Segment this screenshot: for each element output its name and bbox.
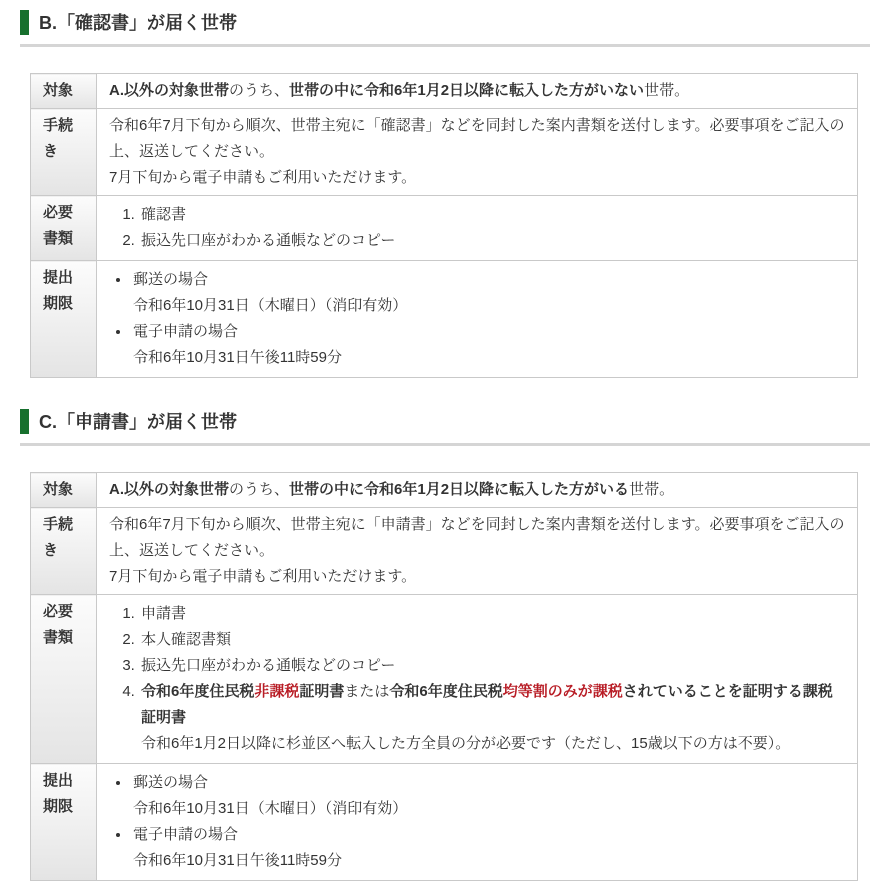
row-header-cell: 提出期限: [31, 764, 97, 881]
deadline-method: 郵送の場合: [133, 770, 845, 796]
info-table: 対象 A.以外の対象世帯のうち、世帯の中に令和6年1月2日以降に転入した方がいる…: [30, 472, 858, 881]
text-segment: A.以外の対象世帯: [109, 481, 229, 498]
row-content-cell: A.以外の対象世帯のうち、世帯の中に令和6年1月2日以降に転入した方がいる世帯。: [97, 473, 858, 508]
heading-accent-bar-icon: [20, 10, 29, 35]
deadline-list: 郵送の場合 令和6年10月31日（木曜日）（消印有効） 電子申請の場合 令和6年…: [109, 267, 845, 371]
deadline-list: 郵送の場合 令和6年10月31日（木曜日）（消印有効） 電子申請の場合 令和6年…: [109, 770, 845, 874]
list-item: 申請書: [139, 601, 845, 627]
required-documents-list: 申請書 本人確認書類 振込先口座がわかる通帳などのコピー 令和6年度住民税非課税…: [109, 601, 845, 757]
tax-certificate-note: 令和6年1月2日以降に杉並区へ転入した方全員の分が必要です（ただし、15歳以下の…: [141, 731, 845, 757]
text-segment: 世帯の中に令和6年1月2日以降に転入した方がいる: [289, 481, 629, 498]
section-c: C.「申請書」が届く世帯 対象 A.以外の対象世帯のうち、世帯の中に令和6年1月…: [20, 405, 870, 881]
subject-text: A.以外の対象世帯のうち、世帯の中に令和6年1月2日以降に転入した方がいる世帯。: [109, 477, 845, 503]
required-documents-list: 確認書 振込先口座がわかる通帳などのコピー: [109, 202, 845, 254]
table-row-procedure: 手続き 令和6年7月下旬から順次、世帯主宛に「確認書」などを同封した案内書類を送…: [31, 109, 858, 196]
row-content-cell: 郵送の場合 令和6年10月31日（木曜日）（消印有効） 電子申請の場合 令和6年…: [97, 261, 858, 378]
section-heading: C.「申請書」が届く世帯: [20, 405, 870, 446]
row-header-cell: 手続き: [31, 109, 97, 196]
text-segment: A.以外の対象世帯: [109, 82, 229, 99]
list-item: 振込先口座がわかる通帳などのコピー: [139, 653, 845, 679]
section-b: B.「確認書」が届く世帯 対象 A.以外の対象世帯のうち、世帯の中に令和6年1月…: [20, 6, 870, 378]
list-item: 電子申請の場合 令和6年10月31日午後11時59分: [131, 822, 845, 874]
row-content-cell: 郵送の場合 令和6年10月31日（木曜日）（消印有効） 電子申請の場合 令和6年…: [97, 764, 858, 881]
list-item: 郵送の場合 令和6年10月31日（木曜日）（消印有効）: [131, 770, 845, 822]
table-row-procedure: 手続き 令和6年7月下旬から順次、世帯主宛に「申請書」などを同封した案内書類を送…: [31, 508, 858, 595]
text-segment-red: 均等割のみが課税: [503, 683, 623, 700]
section-heading: B.「確認書」が届く世帯: [20, 6, 870, 47]
row-content-cell: 令和6年7月下旬から順次、世帯主宛に「確認書」などを同封した案内書類を送付します…: [97, 109, 858, 196]
row-header-cell: 提出期限: [31, 261, 97, 378]
info-table: 対象 A.以外の対象世帯のうち、世帯の中に令和6年1月2日以降に転入した方がいな…: [30, 73, 858, 378]
list-item: 振込先口座がわかる通帳などのコピー: [139, 228, 845, 254]
row-header-cell: 必要書類: [31, 595, 97, 764]
page: B.「確認書」が届く世帯 対象 A.以外の対象世帯のうち、世帯の中に令和6年1月…: [0, 0, 870, 891]
procedure-paragraph: 令和6年7月下旬から順次、世帯主宛に「確認書」などを同封した案内書類を送付します…: [109, 113, 845, 165]
text-segment: 令和6年度住民税: [389, 683, 502, 700]
text-segment: 令和6年度住民税: [141, 683, 254, 700]
heading-text: C.「申請書」が届く世帯: [39, 408, 237, 434]
deadline-date: 令和6年10月31日（木曜日）（消印有効）: [133, 293, 845, 319]
table-row-subject: 対象 A.以外の対象世帯のうち、世帯の中に令和6年1月2日以降に転入した方がいな…: [31, 74, 858, 109]
list-item: 本人確認書類: [139, 627, 845, 653]
text-segment: のうち、: [229, 82, 289, 99]
deadline-method: 電子申請の場合: [133, 319, 845, 345]
list-item: 郵送の場合 令和6年10月31日（木曜日）（消印有効）: [131, 267, 845, 319]
text-segment: または: [344, 683, 389, 700]
text-segment-red: 非課税: [254, 683, 299, 700]
text-segment: 世帯。: [629, 481, 674, 498]
text-segment: 世帯の中に令和6年1月2日以降に転入した方がいない: [289, 82, 644, 99]
table-row-deadline: 提出期限 郵送の場合 令和6年10月31日（木曜日）（消印有効） 電子申請の場合…: [31, 764, 858, 881]
deadline-date: 令和6年10月31日午後11時59分: [133, 345, 845, 371]
heading-text: B.「確認書」が届く世帯: [39, 9, 237, 35]
row-header-cell: 対象: [31, 473, 97, 508]
row-header-cell: 手続き: [31, 508, 97, 595]
deadline-method: 電子申請の場合: [133, 822, 845, 848]
row-content-cell: 確認書 振込先口座がわかる通帳などのコピー: [97, 196, 858, 261]
list-item-tax-certificate: 令和6年度住民税非課税証明書または令和6年度住民税均等割のみが課税されていること…: [139, 679, 845, 757]
deadline-date: 令和6年10月31日午後11時59分: [133, 848, 845, 874]
table-row-deadline: 提出期限 郵送の場合 令和6年10月31日（木曜日）（消印有効） 電子申請の場合…: [31, 261, 858, 378]
list-item: 電子申請の場合 令和6年10月31日午後11時59分: [131, 319, 845, 371]
row-content-cell: A.以外の対象世帯のうち、世帯の中に令和6年1月2日以降に転入した方がいない世帯…: [97, 74, 858, 109]
table-row-required-documents: 必要書類 申請書 本人確認書類 振込先口座がわかる通帳などのコピー 令和6年度住…: [31, 595, 858, 764]
row-header-cell: 必要書類: [31, 196, 97, 261]
deadline-date: 令和6年10月31日（木曜日）（消印有効）: [133, 796, 845, 822]
procedure-paragraph: 令和6年7月下旬から順次、世帯主宛に「申請書」などを同封した案内書類を送付します…: [109, 512, 845, 564]
list-item: 確認書: [139, 202, 845, 228]
row-content-cell: 令和6年7月下旬から順次、世帯主宛に「申請書」などを同封した案内書類を送付します…: [97, 508, 858, 595]
table-row-subject: 対象 A.以外の対象世帯のうち、世帯の中に令和6年1月2日以降に転入した方がいる…: [31, 473, 858, 508]
table-row-required-documents: 必要書類 確認書 振込先口座がわかる通帳などのコピー: [31, 196, 858, 261]
subject-text: A.以外の対象世帯のうち、世帯の中に令和6年1月2日以降に転入した方がいない世帯…: [109, 78, 845, 104]
text-segment: のうち、: [229, 481, 289, 498]
text-segment: 証明書: [299, 683, 344, 700]
deadline-method: 郵送の場合: [133, 267, 845, 293]
row-header-cell: 対象: [31, 74, 97, 109]
procedure-paragraph: 7月下旬から電子申請もご利用いただけます。: [109, 564, 845, 590]
row-content-cell: 申請書 本人確認書類 振込先口座がわかる通帳などのコピー 令和6年度住民税非課税…: [97, 595, 858, 764]
text-segment: 世帯。: [644, 82, 689, 99]
procedure-paragraph: 7月下旬から電子申請もご利用いただけます。: [109, 165, 845, 191]
heading-accent-bar-icon: [20, 409, 29, 434]
